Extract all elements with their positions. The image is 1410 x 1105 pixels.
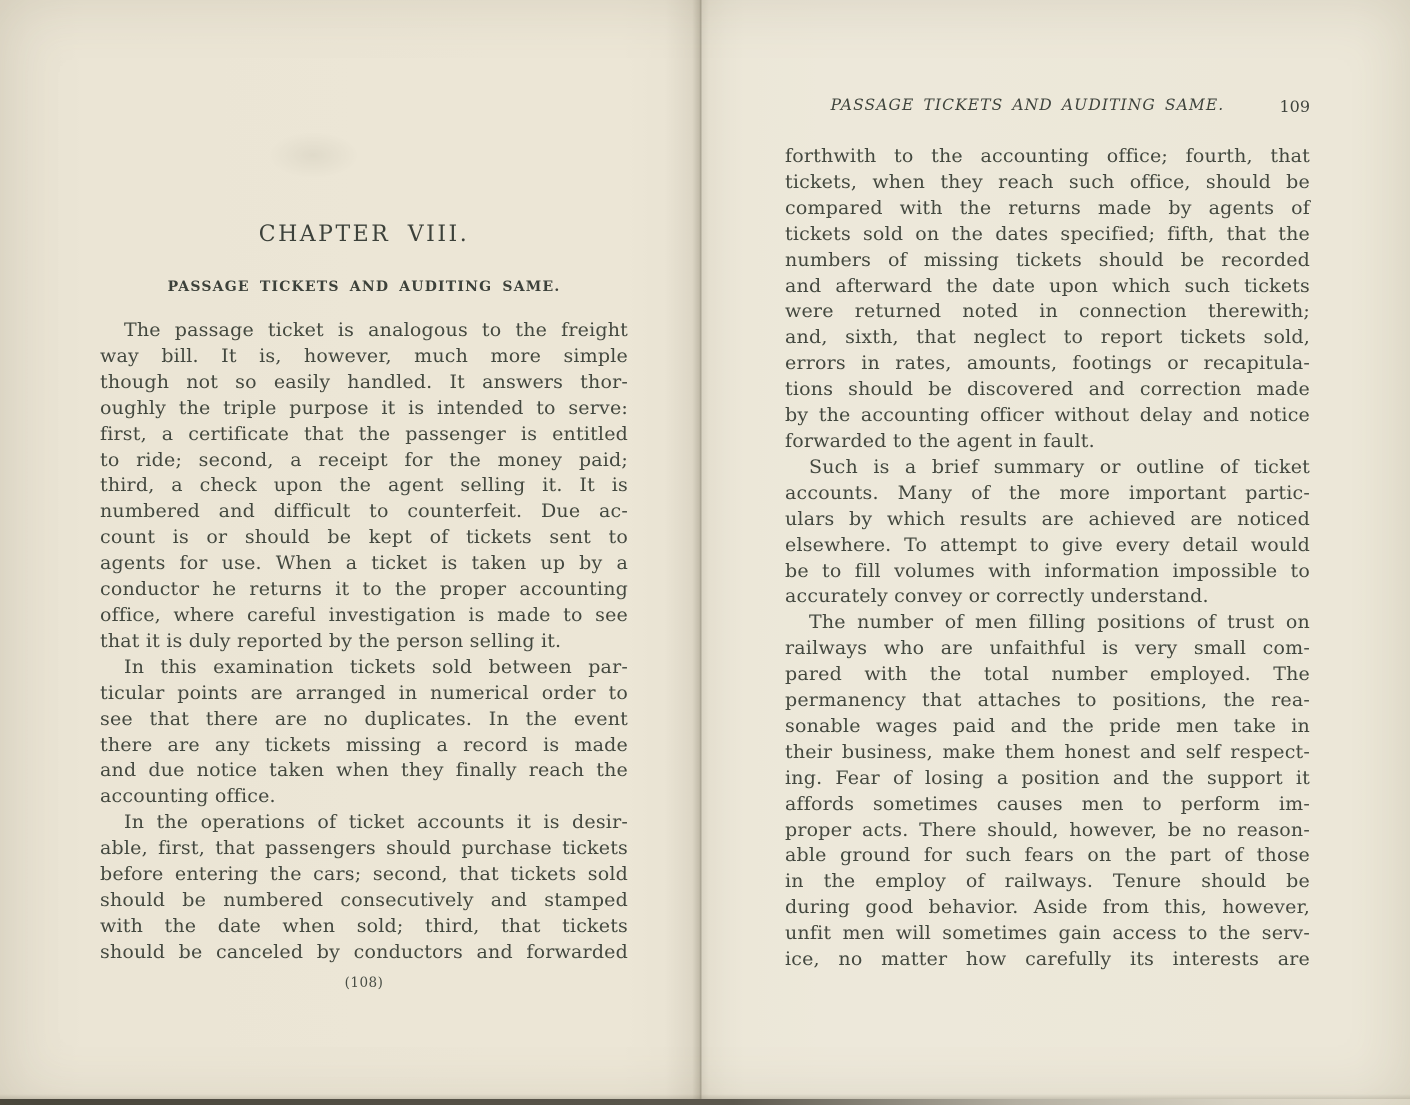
text-line: way bill. It is, however, much more simp… xyxy=(100,344,628,370)
text-line: permanency that attaches to positions, t… xyxy=(785,688,1310,714)
text-line: sonable wages paid and the pride men tak… xyxy=(785,714,1310,740)
chapter-heading: CHAPTER VIII. xyxy=(100,222,628,247)
text-line: In the operations of ticket accounts it … xyxy=(100,810,628,836)
left-page-body: The passage ticket is analogous to the f… xyxy=(100,318,628,966)
right-page-number: 109 xyxy=(1279,97,1310,116)
scan-bottom-edge xyxy=(0,1099,1410,1105)
running-header-title: PASSAGE TICKETS AND AUDITING SAME. xyxy=(785,96,1270,114)
book-scan: CHAPTER VIII. PASSAGE TICKETS AND AUDITI… xyxy=(0,0,1410,1105)
text-line: numbered and difficult to counterfeit. D… xyxy=(100,499,628,525)
text-line: ice, no matter how carefully its interes… xyxy=(785,947,1310,973)
text-line: The number of men filling positions of t… xyxy=(785,610,1310,636)
text-line: ulars by which results are achieved are … xyxy=(785,507,1310,533)
left-page-number: (108) xyxy=(100,975,628,991)
text-line: in the employ of railways. Tenure should… xyxy=(785,869,1310,895)
text-line: ing. Fear of losing a position and the s… xyxy=(785,766,1310,792)
text-line: The passage ticket is analogous to the f… xyxy=(100,318,628,344)
text-line: that it is duly reported by the person s… xyxy=(100,629,628,655)
text-line: unfit men will sometimes gain access to … xyxy=(785,921,1310,947)
text-line: be to fill volumes with information impo… xyxy=(785,559,1310,585)
text-line: before entering the cars; second, that t… xyxy=(100,862,628,888)
left-page: CHAPTER VIII. PASSAGE TICKETS AND AUDITI… xyxy=(100,0,628,1105)
text-line: should be canceled by conductors and for… xyxy=(100,940,628,966)
chapter-subheading: PASSAGE TICKETS AND AUDITING SAME. xyxy=(100,279,628,295)
right-page: PASSAGE TICKETS AND AUDITING SAME. 109 f… xyxy=(785,0,1310,1105)
text-line: ticular points are arranged in numerical… xyxy=(100,681,628,707)
text-line: compared with the returns made by agents… xyxy=(785,196,1310,222)
right-page-body: forthwith to the accounting office; four… xyxy=(785,144,1310,973)
text-line: forwarded to the agent in fault. xyxy=(785,429,1310,455)
text-line: accounting office. xyxy=(100,784,628,810)
text-line: able, first, that passengers should purc… xyxy=(100,836,628,862)
text-line: their business, make them honest and sel… xyxy=(785,740,1310,766)
text-line: first, a certificate that the passenger … xyxy=(100,422,628,448)
text-line: third, a check upon the agent selling it… xyxy=(100,473,628,499)
text-line: In this examination tickets sold between… xyxy=(100,655,628,681)
text-line: tions should be discovered and correctio… xyxy=(785,377,1310,403)
text-line: see that there are no duplicates. In the… xyxy=(100,707,628,733)
text-line: and, sixth, that neglect to report ticke… xyxy=(785,325,1310,351)
text-line: tickets, when they reach such office, sh… xyxy=(785,170,1310,196)
text-line: affords sometimes causes men to perform … xyxy=(785,792,1310,818)
text-line: count is or should be kept of tickets se… xyxy=(100,525,628,551)
text-line: oughly the triple purpose it is intended… xyxy=(100,396,628,422)
text-line: and afterward the date upon which such t… xyxy=(785,274,1310,300)
text-line: though not so easily handled. It answers… xyxy=(100,370,628,396)
text-line: with the date when sold; third, that tic… xyxy=(100,914,628,940)
text-line: Such is a brief summary or outline of ti… xyxy=(785,455,1310,481)
text-line: tickets sold on the dates specified; fif… xyxy=(785,222,1310,248)
text-line: able ground for such fears on the part o… xyxy=(785,843,1310,869)
text-line: should be numbered consecutively and sta… xyxy=(100,888,628,914)
text-line: forthwith to the accounting office; four… xyxy=(785,144,1310,170)
book-gutter xyxy=(665,0,745,1105)
text-line: pared with the total number employed. Th… xyxy=(785,662,1310,688)
text-line: agents for use. When a ticket is taken u… xyxy=(100,551,628,577)
text-line: were returned noted in connection therew… xyxy=(785,299,1310,325)
text-line: during good behavior. Aside from this, h… xyxy=(785,895,1310,921)
text-line: elsewhere. To attempt to give every deta… xyxy=(785,533,1310,559)
text-line: errors in rates, amounts, footings or re… xyxy=(785,351,1310,377)
text-line: accounts. Many of the more important par… xyxy=(785,481,1310,507)
running-header: PASSAGE TICKETS AND AUDITING SAME. 109 xyxy=(785,96,1310,118)
text-line: and due notice taken when they finally r… xyxy=(100,758,628,784)
text-line: numbers of missing tickets should be rec… xyxy=(785,248,1310,274)
text-line: there are any tickets missing a record i… xyxy=(100,733,628,759)
text-line: accurately convey or correctly understan… xyxy=(785,584,1310,610)
text-line: railways who are unfaithful is very smal… xyxy=(785,636,1310,662)
text-line: proper acts. There should, however, be n… xyxy=(785,818,1310,844)
text-line: office, where careful investigation is m… xyxy=(100,603,628,629)
text-line: to ride; second, a receipt for the money… xyxy=(100,448,628,474)
text-line: by the accounting officer without delay … xyxy=(785,403,1310,429)
text-line: conductor he returns it to the proper ac… xyxy=(100,577,628,603)
